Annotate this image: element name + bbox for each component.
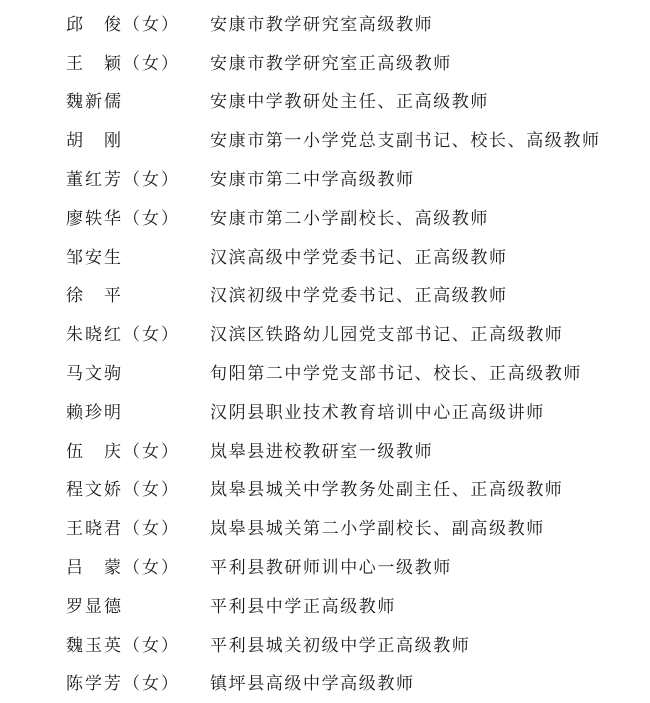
person-title: 安康市教学研究室高级教师 — [210, 10, 646, 35]
list-item: 邹安生 汉滨高级中学党委书记、正高级教师 — [66, 236, 646, 275]
person-name: 董红芳（女） — [66, 165, 210, 190]
list-item: 魏新儒 安康中学教研处主任、正高级教师 — [66, 81, 646, 120]
list-item: 程文娇（女） 岚皋县城关中学教务处副主任、正高级教师 — [66, 469, 646, 508]
person-title: 平利县中学正高级教师 — [210, 592, 646, 617]
person-title: 安康市第二中学高级教师 — [210, 165, 646, 190]
person-name: 邱 俊（女） — [66, 10, 210, 35]
list-item: 朱晓红（女） 汉滨区铁路幼儿园党支部书记、正高级教师 — [66, 313, 646, 352]
list-item: 徐 平 汉滨初级中学党委书记、正高级教师 — [66, 275, 646, 314]
list-item: 王 颖（女） 安康市教学研究室正高级教师 — [66, 42, 646, 81]
person-title: 岚皋县城关中学教务处副主任、正高级教师 — [210, 475, 646, 500]
person-title: 安康中学教研处主任、正高级教师 — [210, 87, 646, 112]
person-title: 平利县城关初级中学正高级教师 — [210, 631, 646, 656]
person-name: 王晓君（女） — [66, 514, 210, 539]
person-name: 伍 庆（女） — [66, 437, 210, 462]
person-name: 胡 刚 — [66, 126, 210, 151]
list-item: 邱 俊（女） 安康市教学研究室高级教师 — [66, 3, 646, 42]
person-name: 吕 蒙（女） — [66, 553, 210, 578]
list-item: 胡 刚 安康市第一小学党总支副书记、校长、高级教师 — [66, 119, 646, 158]
list-item: 赖珍明 汉阴县职业技术教育培训中心正高级讲师 — [66, 391, 646, 430]
person-name: 罗显德 — [66, 592, 210, 617]
person-title: 汉滨初级中学党委书记、正高级教师 — [210, 281, 646, 306]
person-name: 邹安生 — [66, 243, 210, 268]
person-name: 朱晓红（女） — [66, 320, 210, 345]
person-name: 魏新儒 — [66, 87, 210, 112]
person-title: 平利县教研师训中心一级教师 — [210, 553, 646, 578]
list-item: 伍 庆（女） 岚皋县进校教研室一级教师 — [66, 430, 646, 469]
person-title: 汉阴县职业技术教育培训中心正高级讲师 — [210, 398, 646, 423]
person-name: 徐 平 — [66, 281, 210, 306]
person-name: 赖珍明 — [66, 398, 210, 423]
list-item: 陈学芳（女） 镇坪县高级中学高级教师 — [66, 663, 646, 702]
teacher-list: 邱 俊（女） 安康市教学研究室高级教师 王 颖（女） 安康市教学研究室正高级教师… — [66, 3, 646, 701]
person-name: 廖轶华（女） — [66, 204, 210, 229]
person-name: 王 颖（女） — [66, 49, 210, 74]
list-item: 马文驹 旬阳第二中学党支部书记、校长、正高级教师 — [66, 352, 646, 391]
person-title: 岚皋县进校教研室一级教师 — [210, 437, 646, 462]
list-item: 董红芳（女） 安康市第二中学高级教师 — [66, 158, 646, 197]
person-title: 旬阳第二中学党支部书记、校长、正高级教师 — [210, 359, 646, 384]
person-name: 魏玉英（女） — [66, 631, 210, 656]
person-title: 安康市第一小学党总支副书记、校长、高级教师 — [210, 126, 646, 151]
person-title: 镇坪县高级中学高级教师 — [210, 669, 646, 694]
list-item: 魏玉英（女） 平利县城关初级中学正高级教师 — [66, 624, 646, 663]
person-name: 程文娇（女） — [66, 475, 210, 500]
list-item: 王晓君（女） 岚皋县城关第二小学副校长、副高级教师 — [66, 507, 646, 546]
person-title: 安康市教学研究室正高级教师 — [210, 49, 646, 74]
person-name: 陈学芳（女） — [66, 669, 210, 694]
person-title: 汉滨区铁路幼儿园党支部书记、正高级教师 — [210, 320, 646, 345]
list-item: 罗显德 平利县中学正高级教师 — [66, 585, 646, 624]
person-title: 岚皋县城关第二小学副校长、副高级教师 — [210, 514, 646, 539]
person-title: 安康市第二小学副校长、高级教师 — [210, 204, 646, 229]
list-item: 廖轶华（女） 安康市第二小学副校长、高级教师 — [66, 197, 646, 236]
person-name: 马文驹 — [66, 359, 210, 384]
list-item: 吕 蒙（女） 平利县教研师训中心一级教师 — [66, 546, 646, 585]
person-title: 汉滨高级中学党委书记、正高级教师 — [210, 243, 646, 268]
